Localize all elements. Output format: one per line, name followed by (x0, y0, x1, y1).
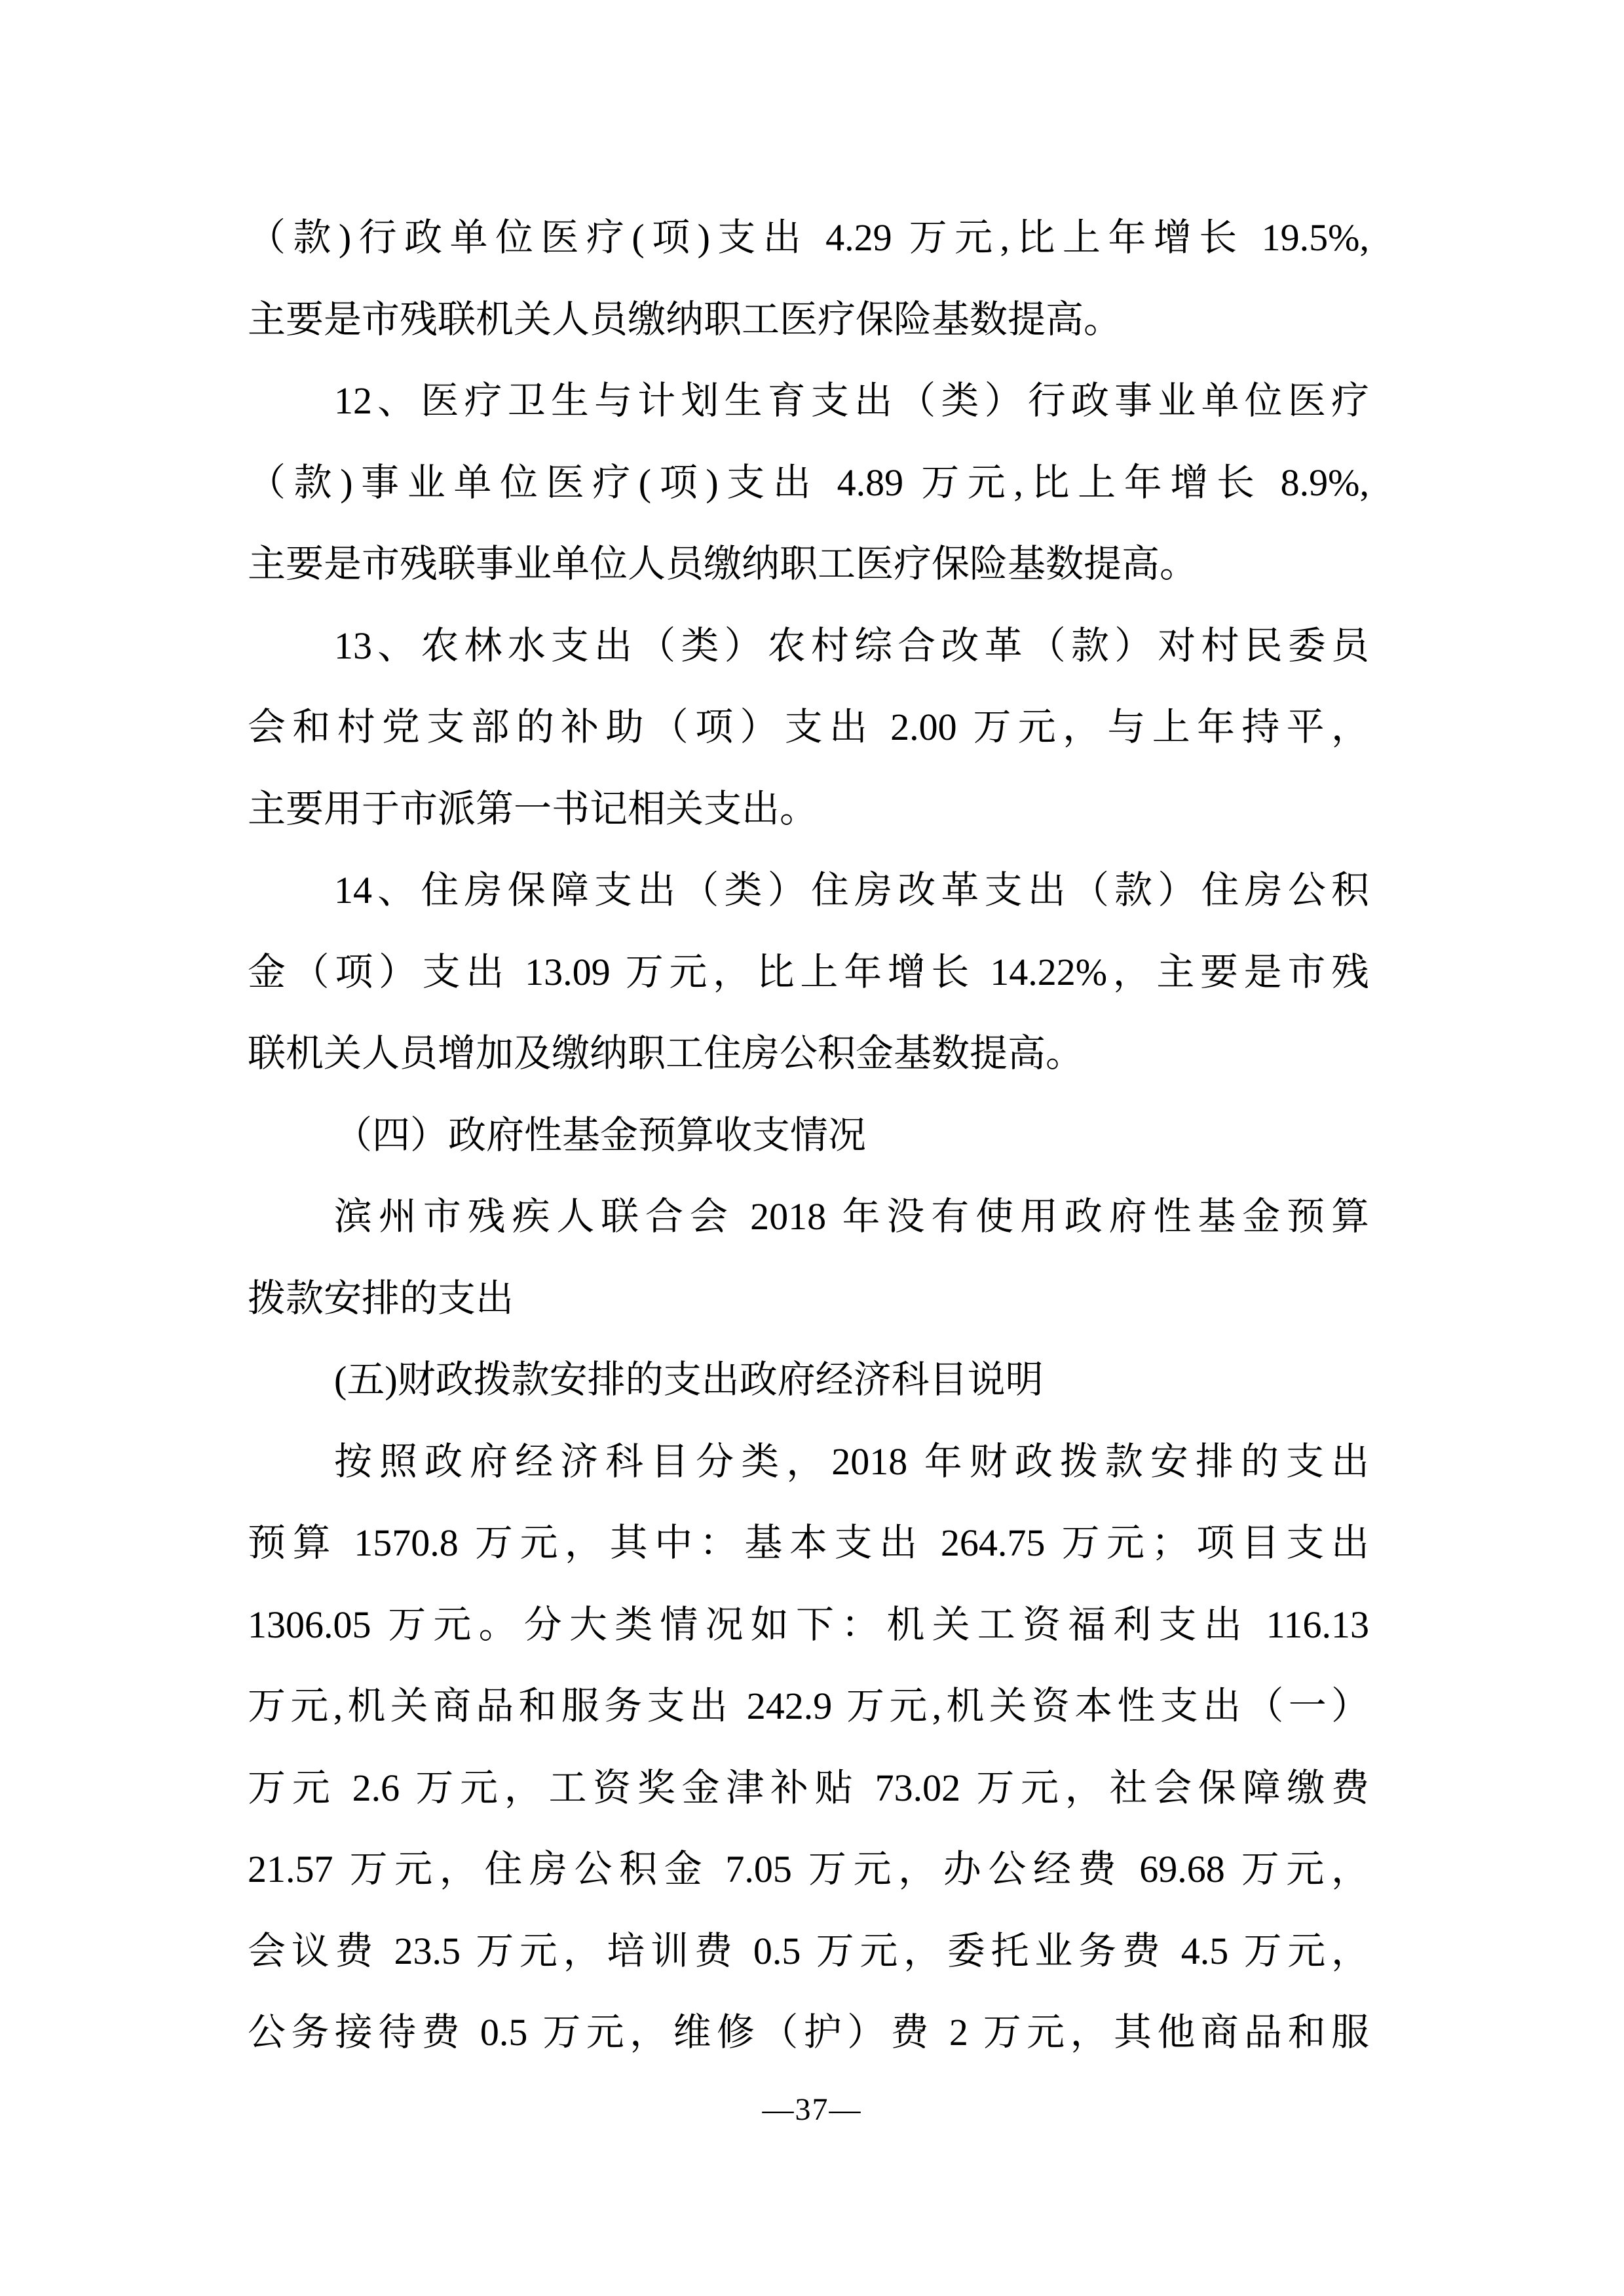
text-line: 1306.05 万元。分大类情况如下：机关工资福利支出 116.13 (248, 1584, 1369, 1666)
text-line: 按照政府经济科目分类，2018 年财政拨款安排的支出 (248, 1421, 1369, 1503)
text-line: 万元,机关商品和服务支出 242.9 万元,机关资本性支出（一） (248, 1666, 1369, 1748)
text-line: 21.57 万元，住房公积金 7.05 万元，办公经费 69.68 万元， (248, 1829, 1369, 1911)
text-line: （款)事业单位医疗(项)支出 4.89 万元,比上年增长 8.9%, (248, 442, 1369, 524)
text-line: 万元 2.6 万元，工资奖金津补贴 73.02 万元，社会保障缴费 (248, 1748, 1369, 1829)
text-line: （款)行政单位医疗(项)支出 4.29 万元,比上年增长 19.5%, (248, 197, 1369, 279)
text-line: 主要是市残联机关人员缴纳职工医疗保险基数提高。 (248, 279, 1369, 361)
text-line: 公务接待费 0.5 万元，维修（护）费 2 万元，其他商品和服 (248, 1992, 1369, 2074)
document-page: （款)行政单位医疗(项)支出 4.29 万元,比上年增长 19.5%, 主要是市… (0, 0, 1624, 2296)
text-line: 13、农林水支出（类）农村综合改革（款）对村民委员 (248, 605, 1369, 687)
text-line: 会议费 23.5 万元，培训费 0.5 万元，委托业务费 4.5 万元， (248, 1911, 1369, 1993)
text-line: 联机关人员增加及缴纳职工住房公积金基数提高。 (248, 1013, 1369, 1095)
text-line: 会和村党支部的补助（项）支出 2.00 万元，与上年持平， (248, 687, 1369, 769)
text-line: 滨州市残疾人联合会 2018 年没有使用政府性基金预算 (248, 1176, 1369, 1258)
document-body-text: （款)行政单位医疗(项)支出 4.29 万元,比上年增长 19.5%, 主要是市… (248, 197, 1369, 2074)
text-line: 预算 1570.8 万元，其中：基本支出 264.75 万元；项目支出 (248, 1502, 1369, 1584)
text-line: 主要是市残联事业单位人员缴纳职工医疗保险基数提高。 (248, 524, 1369, 605)
text-line: 14、住房保障支出（类）住房改革支出（款）住房公积 (248, 850, 1369, 932)
page-number: —37— (0, 2092, 1624, 2128)
text-line: （四）政府性基金预算收支情况 (248, 1095, 1369, 1177)
text-line: 主要用于市派第一书记相关支出。 (248, 769, 1369, 851)
text-line: (五)财政拨款安排的支出政府经济科目说明 (248, 1339, 1369, 1421)
text-line: 12、医疗卫生与计划生育支出（类）行政事业单位医疗 (248, 360, 1369, 442)
text-line: 拨款安排的支出 (248, 1258, 1369, 1340)
text-line: 金（项）支出 13.09 万元，比上年增长 14.22%，主要是市残 (248, 932, 1369, 1014)
